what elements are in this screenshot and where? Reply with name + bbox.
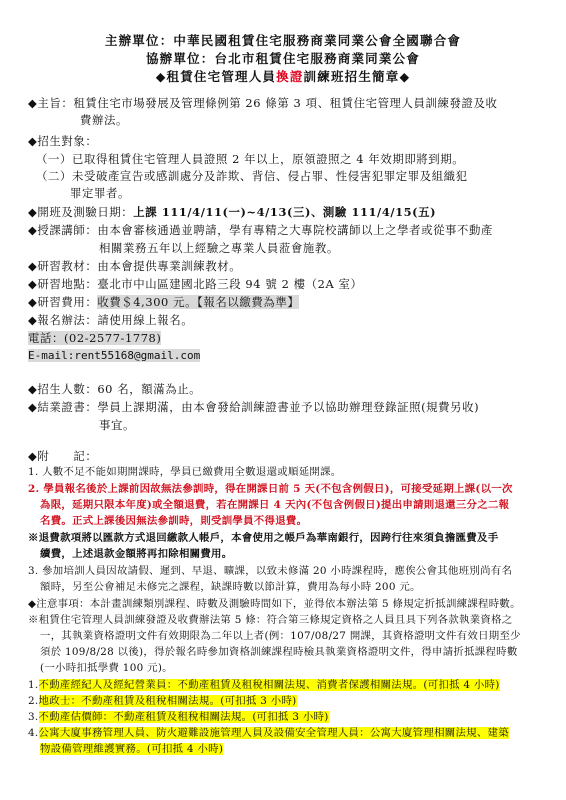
instructor-text: 由本會審核通過並聘請，學有專精之大專院校講師以上之學者或從事不動產	[97, 223, 493, 237]
register-text: 請使用線上報名。	[97, 313, 193, 327]
credit-text: 不動產估價師：不動產租賃及租稅相關法規。(可扣抵 3 小時)	[39, 711, 329, 723]
quota-row: ◆招生人數：60 名，額滿為止。	[28, 381, 201, 397]
material-row: ◆研習教材：由本會提供專業訓練教材。	[28, 258, 241, 274]
credit-item: 3.不動產估價師：不動產租賃及租稅相關法規。(可扣抵 3 小時)	[28, 710, 329, 725]
location-text: 臺北市中山區建國北路三段 94 號 2 樓（2A 室）	[97, 277, 362, 291]
quota-label: ◆招生人數：	[28, 382, 97, 396]
phone-number: 電話：(02-2577-1778)	[28, 331, 161, 345]
location-label: ◆研習地點：	[28, 277, 97, 291]
email-link[interactable]: E-mail:rent55168@gmail.com	[28, 349, 200, 362]
quota-text: 60 名，額滿為止。	[97, 382, 201, 396]
credit-item-cont: 物設備管理維護實務。(可扣抵 4 小時)	[40, 742, 223, 757]
date-row: ◆開班及測驗日期：上課 111/4/11(一)~4/13(三)、測驗 111/4…	[28, 204, 436, 220]
instructor-row: ◆授課講師：由本會審核通過並聘請，學有專精之大專院校講師以上之學者或從事不動產	[28, 222, 493, 238]
attention-note: ◆注意事項：本計畫訓練類別課程、時數及測驗時間如下，並得依本辦法第 5 條規定折…	[28, 597, 521, 612]
fee-text: 收費＄4,300 元。【報名以繳費為準】	[97, 295, 299, 309]
target-label: ◆招生對象：	[28, 133, 97, 149]
rule-note-cont-1: 一，其執業資格證明文件有效期限為二年以上者(例：107/08/27 開課，其資格…	[40, 629, 521, 644]
credit-text: 物設備管理維護實務。(可扣抵 4 小時)	[40, 743, 223, 755]
title-suffix: 訓練班招生簡章◆	[304, 69, 411, 84]
register-row: ◆報名辦法：請使用線上報名。	[28, 312, 193, 328]
title-prefix: ◆租賃住宅管理人員	[156, 69, 276, 84]
fee-label: ◆研習費用：	[28, 295, 97, 309]
page-title: ◆租賃住宅管理人員換證訓練班招生簡章◆	[0, 69, 566, 85]
phone-line: 電話：(02-2577-1778)	[28, 330, 161, 346]
rule-note-cont-3: (一小時扣抵學費 100 元)。	[40, 661, 173, 676]
material-text: 由本會提供專業訓練教材。	[97, 259, 241, 273]
notes-label: ◆附 記：	[28, 448, 97, 464]
instructor-text-cont: 相關業務五年以上經驗之專業人員蒞會施教。	[99, 240, 339, 256]
certificate-text: 學員上課期滿，由本會發給訓練證書並予以協助辦理登錄証照(規費另收)	[97, 400, 479, 414]
organizer-line: 主辦單位：中華民國租賃住宅服務商業同業公會全國聯合會	[0, 33, 566, 49]
date-value: 上課 111/4/11(一)~4/13(三)、測驗 111/4/15(五)	[133, 205, 436, 219]
credit-item: 4.公寓大廈事務管理人員、防火避難設施管理人員及設備安全管理人員：公寓大廈管理相…	[28, 726, 509, 741]
purpose-text-cont: 費辦法。	[80, 112, 128, 128]
rule-note-cont-2: 須於 109/8/28 以後)，得於報名時參加資格訓練課程時檢具執業資格證明文件…	[40, 645, 518, 660]
target-item-1: （一）已取得租賃住宅管理人員證照 2 年以上，原領證照之 4 年效期即將到期。	[36, 151, 464, 167]
note-2-cont-1: 為限，延期只限本年度)或全額退費，若在開課日 4 天內(不包含例假日)提出申請則…	[40, 498, 509, 513]
note-3-cont: 額時，另至公會補足未修完之課程，缺課時數以節計算，費用為每小時 200 元。	[40, 580, 421, 595]
certificate-text-cont: 事宜。	[99, 417, 135, 433]
certificate-row: ◆結業證書：學員上課期滿，由本會發給訓練證書並予以協助辦理登錄証照(規費另收)	[28, 399, 479, 415]
certificate-label: ◆結業證書：	[28, 400, 97, 414]
credit-text: 公寓大廈事務管理人員、防火避難設施管理人員及設備安全管理人員：公寓大廈管理相關法…	[39, 727, 509, 739]
refund-note-cont: 續費，上述退款金額將再扣除相關費用。	[40, 547, 232, 562]
brochure-page: 主辦單位：中華民國租賃住宅服務商業同業公會全國聯合會 協辦單位：台北市租賃住宅服…	[0, 0, 566, 800]
title-highlight: 換證	[276, 69, 303, 84]
target-item-2-cont: 罪定罪者。	[70, 185, 130, 201]
credit-text: 地政士：不動產租賃及租稅相關法規。(可扣抵 3 小時)	[39, 695, 297, 707]
credit-item: 1.不動產經紀人及經紀營業員：不動產租賃及租稅相關法規、消費者保護相關法規。(可…	[28, 678, 500, 693]
credit-number: 1.	[28, 679, 39, 691]
material-label: ◆研習教材：	[28, 259, 97, 273]
purpose-label: ◆主旨：	[28, 96, 73, 110]
refund-note: ※退費款項將以匯款方式退回繳款人帳戶，本會使用之帳戶為華南銀行，因跨行往來須負擔…	[28, 531, 498, 546]
target-item-2: （二）未受破產宣告或感訓處分及詐欺、背信、侵占罪、性侵害犯罪定罪及組織犯	[36, 168, 468, 184]
date-label: ◆開班及測驗日期：	[28, 205, 133, 219]
note-1: 1. 人數不足不能如期開課時，學員已繳費用全數退還或順延開課。	[28, 465, 341, 480]
location-row: ◆研習地點：臺北市中山區建國北路三段 94 號 2 樓（2A 室）	[28, 276, 363, 292]
credit-number: 3.	[28, 711, 39, 723]
co-organizer-line: 協辦單位：台北市租賃住宅服務商業同業公會	[0, 51, 566, 67]
note-2: 2. 學員報名後於上課前因故無法參訓時，得在開課日前 5 天(不包含例假日)，可…	[28, 482, 513, 497]
fee-row: ◆研習費用：收費＄4,300 元。【報名以繳費為準】	[28, 294, 299, 310]
rule-note: ※租賃住宅管理人員訓練發證及收費辦法第 5 條：符合第三條規定資格之人員且具下列…	[28, 613, 513, 628]
register-label: ◆報名辦法：	[28, 313, 97, 327]
note-2-cont-2: 名費。正式上課後因無法參訓時，則受訓學員不得退費。	[40, 514, 307, 529]
credit-number: 4.	[28, 727, 39, 739]
purpose-text: 租賃住宅市場發展及管理條例第 26 條第 3 項、租賃住宅管理人員訓練發證及收	[73, 96, 497, 110]
credit-text: 不動產經紀人及經紀營業員：不動產租賃及租稅相關法規、消費者保護相關法規。(可扣抵…	[39, 679, 500, 691]
credit-number: 2.	[28, 695, 39, 707]
email-line: E-mail:rent55168@gmail.com	[28, 348, 200, 364]
note-3: 3. 參加培訓人員因故請假、遲到、早退、曠課，以致未修滿 20 小時課程時，應俟…	[28, 564, 512, 579]
instructor-label: ◆授課講師：	[28, 223, 97, 237]
purpose-row: ◆主旨：租賃住宅市場發展及管理條例第 26 條第 3 項、租賃住宅管理人員訓練發…	[28, 95, 497, 111]
credit-item: 2.地政士：不動產租賃及租稅相關法規。(可扣抵 3 小時)	[28, 694, 297, 709]
